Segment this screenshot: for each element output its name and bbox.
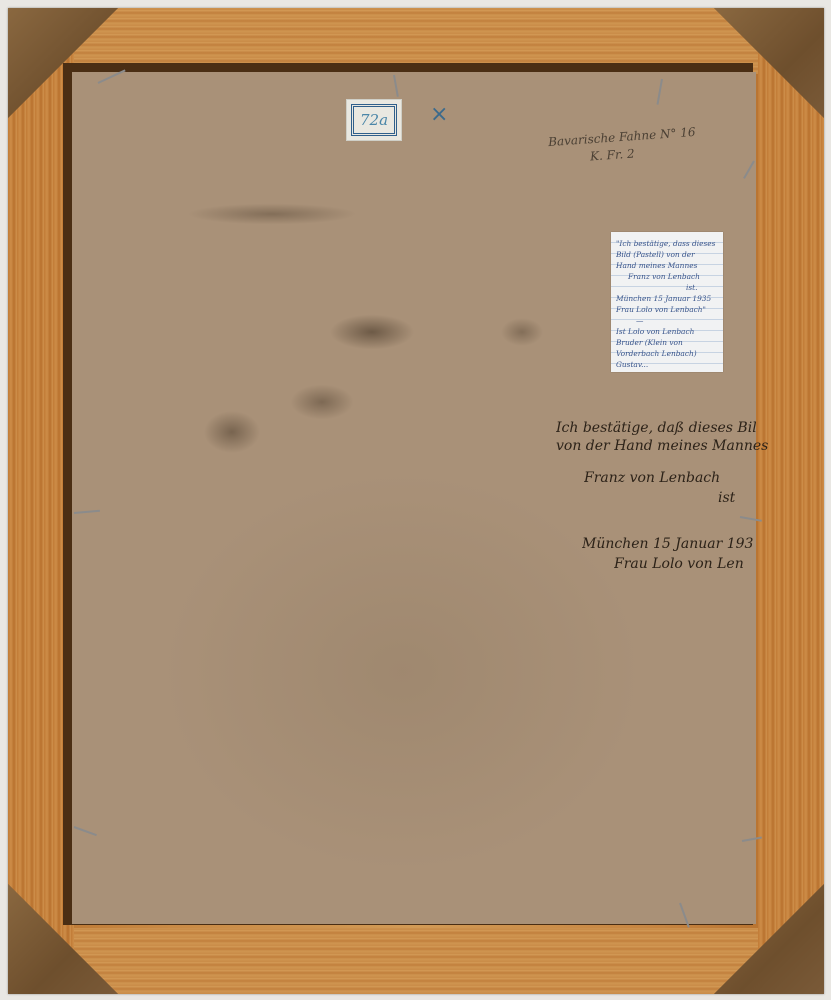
ink-inscription-line-6: Frau Lolo von Len [614, 556, 756, 572]
ink-inscription-line-2: von der Hand meines Mannes [556, 438, 768, 454]
note-line: ist. [616, 282, 718, 293]
ink-inscription-line-5: München 15 Januar 193 [582, 536, 756, 552]
pasted-handwritten-note: "Ich bestätige, dass dieses Bild (Pastel… [611, 232, 723, 372]
blue-cross-mark: × [430, 104, 448, 126]
frame-rail-right [758, 8, 824, 994]
inventory-tag: 72a [346, 99, 402, 141]
frame-rail-bottom [8, 928, 824, 994]
ink-inscription-line-3: Franz von Lenbach [584, 470, 720, 486]
note-line: "Ich bestätige, dass dieses [616, 238, 718, 249]
note-line: Vorderbach Lenbach) [616, 348, 718, 359]
ink-inscription-line-4: ist [718, 490, 735, 506]
note-line: Bruder (Klein von [616, 337, 718, 348]
note-line: Gustav... [616, 359, 718, 370]
note-line: — [616, 315, 718, 326]
note-line: Franz von Lenbach [616, 271, 718, 282]
inventory-number: 72a [351, 104, 397, 136]
backing-board [72, 72, 756, 924]
note-line: Hand meines Mannes [616, 260, 718, 271]
note-line: Frau Lolo von Lenbach" [616, 304, 718, 315]
note-line: München 15 Januar 1935 [616, 293, 718, 304]
ink-inscription-line-1: Ich bestätige, daß dieses Bild (Pa [556, 420, 756, 436]
note-line: Ist Lolo von Lenbach [616, 326, 718, 337]
note-line: Bild (Pastell) von der [616, 249, 718, 260]
